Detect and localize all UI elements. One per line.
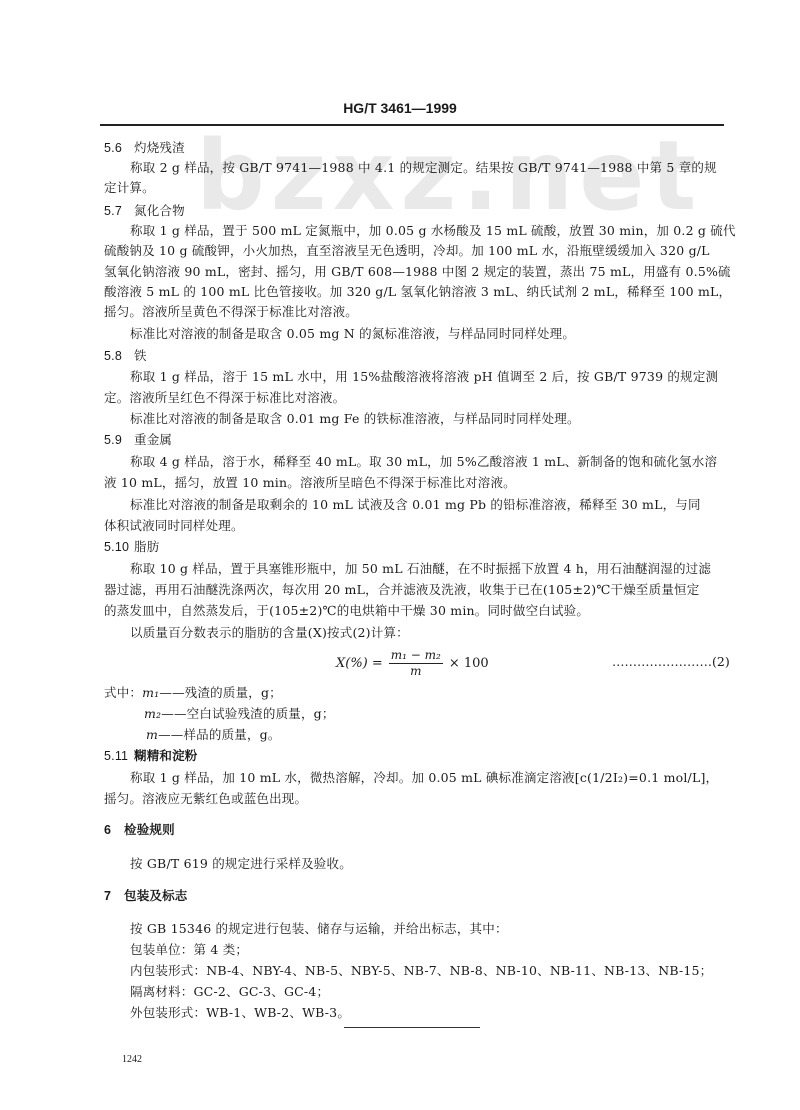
chapter-title: 检验规则 [124,823,175,837]
section-heading-5-6: 5.6灼烧残渣 [104,139,185,157]
fat-content-formula: X(%) = m₁ − m₂ m × 100 [336,648,489,679]
formula-denominator: m [410,664,421,679]
chapter-number: 6 [104,821,124,839]
variable-symbol: m₂ [144,706,161,721]
section-heading-5-8: 5.8铁 [104,347,147,365]
variable-definition: m₂——空白试验残渣的质量，g； [144,705,335,723]
paragraph-line: 以质量百分数表示的脂肪的含量(X)按式(2)计算： [130,624,409,642]
paragraph-line: 标准比对溶液的制备是取含 0.01 mg Fe 的铁标准溶液，与样品同时同样处理… [130,410,580,428]
section-heading-5-7: 5.7氮化合物 [104,202,185,220]
chapter-title: 包装及标志 [124,889,188,903]
section-title: 脂肪 [134,540,159,554]
chapter-heading-6: 6检验规则 [104,821,175,839]
section-number: 5.7 [104,202,134,220]
paragraph-line: 液 10 mL，摇匀，放置 10 min。溶液所呈暗色不得深于标准比对溶液。 [104,474,516,492]
formula-numerator: m₁ − m₂ [389,648,443,664]
section-heading-5-11: 5.11糊精和淀粉 [104,747,198,765]
where-label: 式中： [104,685,142,700]
paragraph-line: 称取 1 g 样品，溶于 15 mL 水中，用 15%盐酸溶液将溶液 pH 值调… [130,368,718,386]
paragraph-line: 按 GB/T 619 的规定进行采样及验收。 [130,855,352,873]
paragraph-line: 器过滤，再用石油醚洗涤两次，每次用 20 mL，合并滤液及洗液，收集于已在(10… [104,581,699,599]
paragraph-line: 按 GB 15346 的规定进行包装、储存与运输，并给出标志，其中： [130,920,508,938]
section-number: 5.9 [104,431,134,449]
paragraph-line: 定计算。 [104,179,155,197]
paragraph-line: 硫酸钠及 10 g 硫酸钾，小火加热，直至溶液呈无色透明，冷却。加 100 mL… [104,242,710,260]
section-title: 灼烧残渣 [134,141,185,155]
variable-definition: m——样品的质量，g。 [146,726,281,744]
section-heading-5-10: 5.10脂肪 [104,538,159,556]
section-heading-5-9: 5.9重金属 [104,431,172,449]
variable-desc: ——样品的质量，g。 [158,727,281,742]
document-page: HG/T 3461—1999 5.6灼烧残渣 称取 2 g 样品，按 GB/T … [0,0,800,1110]
formula-rhs: × 100 [449,656,489,671]
paragraph-line: 氢氧化钠溶液 90 mL，密封、摇匀，用 GB/T 608—1988 中图 2 … [104,263,731,281]
paragraph-line: 内包装形式：NB-4、NBY-4、NB-5、NBY-5、NB-7、NB-8、NB… [130,962,712,980]
variable-symbol: m₁ [142,685,159,700]
paragraph-line: 称取 1 g 样品，置于 500 mL 定氮瓶中，加 0.05 g 水杨酸及 1… [130,222,736,240]
section-number: 5.11 [104,747,134,765]
formula-fraction: m₁ − m₂ m [389,648,443,679]
paragraph-line: 标准比对溶液的制备是取剩余的 10 mL 试液及含 0.01 mg Pb 的铅标… [130,496,701,514]
paragraph-line: 摇匀。溶液所呈黄色不得深于标准比对溶液。 [104,303,358,321]
chapter-number: 7 [104,887,124,905]
paragraph-line: 摇匀。溶液应无紫红色或蓝色出现。 [104,790,307,808]
variable-desc: ——空白试验残渣的质量，g； [161,706,334,721]
section-title: 铁 [134,349,147,363]
section-title: 氮化合物 [134,204,185,218]
variable-desc: ——残渣的质量，g； [159,685,282,700]
section-title: 重金属 [134,433,172,447]
section-title: 糊精和淀粉 [134,749,198,763]
paragraph-line: 包装单位：第 4 类； [130,941,248,959]
formula-lhs: X(%) = [336,656,383,671]
header-rule [100,124,724,126]
paragraph-line: 体积试液同时同样处理。 [104,517,244,535]
paragraph-line: 酸溶液 5 mL 的 100 mL 比色管接收。加 320 g/L 氢氧化钠溶液… [104,283,731,301]
chapter-heading-7: 7包装及标志 [104,887,188,905]
formula-number: ……………………(2) [612,654,730,669]
paragraph-line: 标准比对溶液的制备是取含 0.05 mg N 的氮标准溶液，与样品同时同样处理。 [130,325,575,343]
paragraph-line: 外包装形式：WB-1、WB-2、WB-3。 [130,1004,350,1022]
variable-symbol: m [146,727,158,742]
paragraph-line: 称取 1 g 样品，加 10 mL 水，微热溶解，冷却。加 0.05 mL 碘标… [130,769,718,787]
section-number: 5.10 [104,538,134,556]
section-number: 5.8 [104,347,134,365]
variable-definition: 式中：m₁——残渣的质量，g； [104,684,282,702]
standard-code-header: HG/T 3461—1999 [0,100,800,116]
paragraph-line: 的蒸发皿中，自然蒸发后，于(105±2)℃的电烘箱中干燥 30 min。同时做空… [104,602,589,620]
paragraph-line: 称取 10 g 样品，置于具塞锥形瓶中，加 50 mL 石油醚，在不时振摇下放置… [130,560,711,578]
end-of-standard-rule [344,1027,480,1028]
page-number: 1242 [122,1054,142,1065]
paragraph-line: 称取 2 g 样品，按 GB/T 9741—1988 中 4.1 的规定测定。结… [130,159,717,177]
paragraph-line: 定。溶液所呈红色不得深于标准比对溶液。 [104,389,345,407]
section-number: 5.6 [104,139,134,157]
paragraph-line: 称取 4 g 样品，溶于水，稀释至 40 mL。取 30 mL，加 5%乙酸溶液… [130,453,717,471]
paragraph-line: 隔离材料：GC-2、GC-3、GC-4； [130,983,329,1001]
